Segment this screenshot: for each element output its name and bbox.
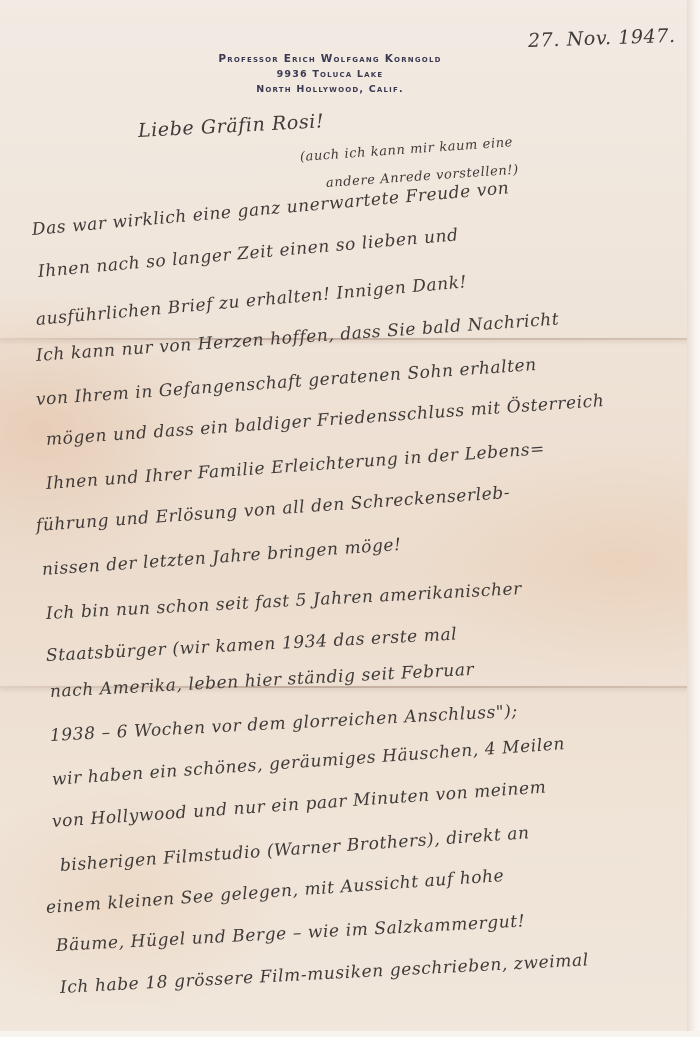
letter-date: 27. Nov. 1947. <box>528 25 676 52</box>
letterhead-address-line-1: 9936 Toluca Lake <box>180 67 480 82</box>
letterhead-name: Professor Erich Wolfgang Korngold <box>180 52 480 67</box>
body-line: nach Amerika, leben hier ständig seit Fe… <box>49 660 474 702</box>
body-line: Ich habe 18 grössere Film-musiken geschr… <box>59 950 589 998</box>
body-line: nissen der letzten Jahre bringen möge! <box>41 535 402 580</box>
letterhead: Professor Erich Wolfgang Korngold 9936 T… <box>180 52 480 97</box>
body-line: Bäume, Hügel und Berge – wie im Salzkamm… <box>55 911 525 956</box>
body-line: führung und Erlösung von all den Schreck… <box>35 483 511 536</box>
letter-page: Professor Erich Wolfgang Korngold 9936 T… <box>0 0 700 1037</box>
letterhead-address-line-2: North Hollywood, Calif. <box>180 82 480 97</box>
body-line: Staatsbürger (wir kamen 1934 das erste m… <box>45 624 457 666</box>
body-line: von Hollywood und nur ein paar Minuten v… <box>51 777 547 832</box>
body-line: 1938 – 6 Wochen vor dem glorreichen Ansc… <box>49 701 518 745</box>
body-line: einem kleinen See gelegen, mit Aussicht … <box>45 866 505 918</box>
salutation: Liebe Gräfin Rosi! <box>137 110 324 142</box>
aside-line: (auch ich kann mir kaum eine <box>299 135 513 165</box>
body-line: Ich bin nun schon seit fast 5 Jahren ame… <box>45 579 522 624</box>
paper-edge <box>687 0 700 1037</box>
paper-edge <box>0 1031 700 1037</box>
